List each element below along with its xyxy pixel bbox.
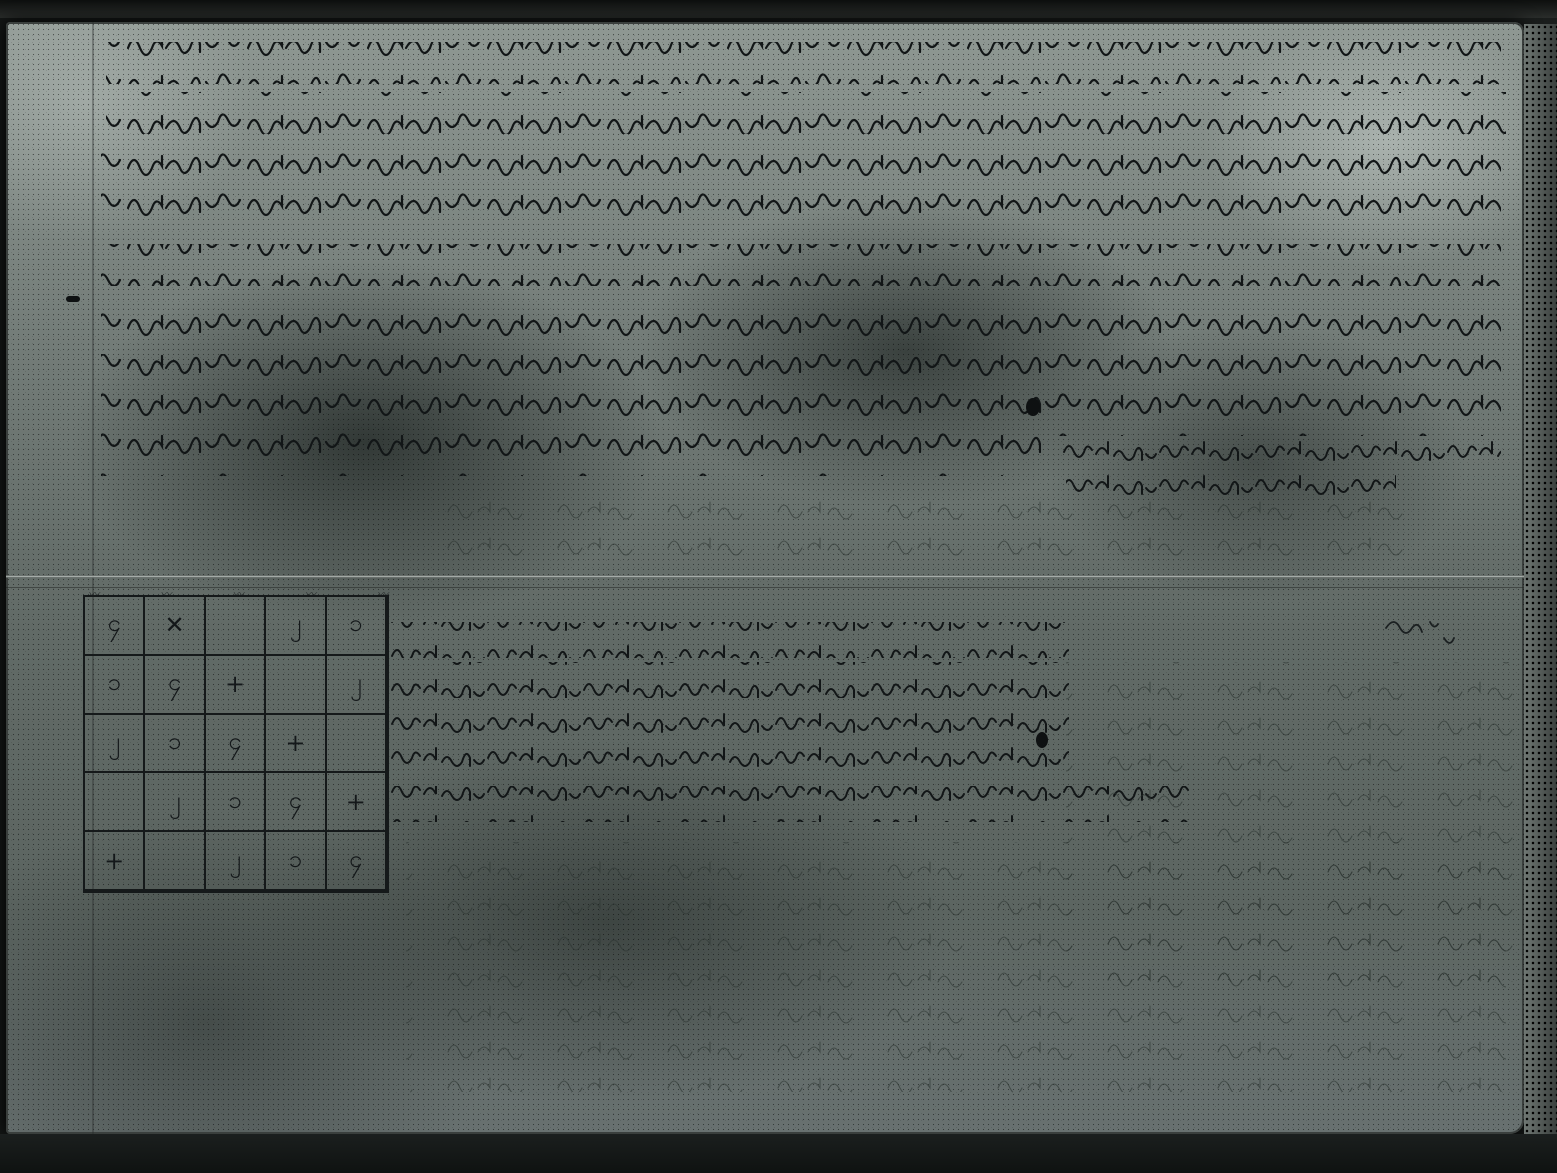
grid-cell: + — [206, 656, 266, 715]
grid-cell: ၄ — [85, 597, 145, 656]
grid-cell: + — [266, 715, 326, 774]
grid-cell: ၄ — [266, 773, 326, 832]
grid-cell — [206, 597, 266, 656]
ink-mark — [66, 296, 80, 302]
grid-cell — [85, 773, 145, 832]
symbol-grid-5x5: ၄ ✕ ၂ ၁ ၁ ၄ + ၂ ၂ ၁ ၄ + ၂ ၁ ၄ + + ၂ ၁ ၄ — [83, 595, 389, 893]
grid-cell — [266, 656, 326, 715]
ink-blot — [1026, 398, 1040, 416]
grid-cell — [327, 715, 387, 774]
grid-cell: ၂ — [327, 656, 387, 715]
grid-cell — [145, 832, 205, 891]
manuscript-sheet — [6, 22, 1524, 1134]
dark-bottom-edge — [0, 1134, 1557, 1173]
grid-cell: ၁ — [206, 773, 266, 832]
grid-cell: + — [327, 773, 387, 832]
speckled-right-edge — [1524, 24, 1557, 1134]
grid-cell: ၂ — [85, 715, 145, 774]
grid-cell: ၂ — [206, 832, 266, 891]
grid-cell: ၂ — [145, 773, 205, 832]
handwritten-script-lines — [6, 22, 1524, 1134]
grid-cell: ၁ — [85, 656, 145, 715]
grid-cell: ၁ — [327, 597, 387, 656]
grid-cell: ၄ — [206, 715, 266, 774]
grid-cell: ၁ — [145, 715, 205, 774]
top-dark-edge — [0, 0, 1557, 18]
ink-blot — [1036, 732, 1048, 748]
grid-cell: + — [85, 832, 145, 891]
grid-cell: ၄ — [145, 656, 205, 715]
grid-cell: ၂ — [266, 597, 326, 656]
grid-cell: ၄ — [327, 832, 387, 891]
grid-cell: ✕ — [145, 597, 205, 656]
grid-cell: ၁ — [266, 832, 326, 891]
